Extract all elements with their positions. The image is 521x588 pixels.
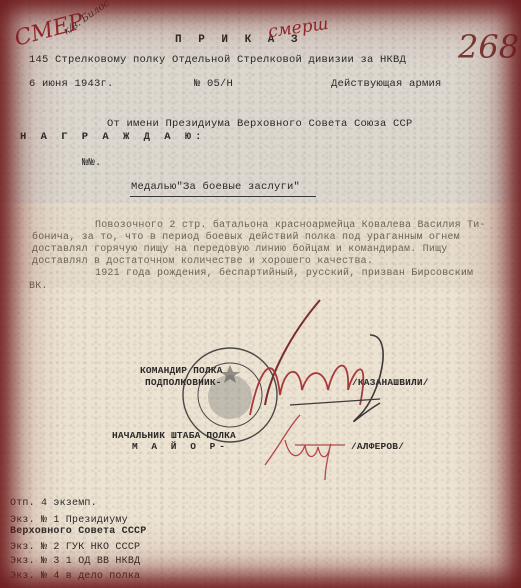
distribution-line-4: Экз. № 2 ГУК НКО СССР (10, 542, 140, 553)
distribution-line-6: Экз. № 4 в дело полка (10, 571, 140, 582)
distribution-line-3: Верховного Совета СССР (10, 526, 146, 537)
distribution-line-1: Отп. 4 экземп. (10, 498, 97, 509)
award-underline (130, 196, 316, 197)
document-scan: П Р И К А З 145 Стрелковому полку Отдель… (0, 0, 521, 588)
order-number: № 05/Н (194, 78, 233, 90)
award-name: Медалью"За боевые заслуги" (131, 181, 300, 193)
chief-of-staff-name: /АЛФЕРОВ/ (351, 441, 404, 452)
chief-of-staff-signature (255, 405, 355, 485)
commander-rank: ПОДПОЛКОВНИК- (145, 377, 222, 388)
citation-line-2: бонича, за то, что в период боевых дейст… (32, 232, 460, 243)
distribution-line-5: Экз. № 3 1 ОД ВВ НКВД (10, 556, 140, 567)
citation-line-5: 1921 года рождения, беспартийный, русски… (95, 268, 473, 279)
preamble: От имени Президиума Верховного Совета Со… (107, 118, 413, 130)
order-location: Действующая армия (331, 78, 442, 90)
chief-of-staff-title: НАЧАЛЬНИК ШТАБА ПОЛКА (112, 430, 236, 441)
citation-line-1: Повозочного 2 стр. батальона красноармей… (95, 220, 486, 231)
award-verb: Н А Г Р А Ж Д А Ю: (20, 131, 205, 143)
archive-number: 268 (458, 28, 519, 66)
commander-title: КОМАНДИР ПОЛКА (140, 365, 223, 376)
section-marker: №№. (82, 157, 102, 169)
order-date: 6 июня 1943г. (29, 78, 114, 90)
chief-of-staff-rank: М А Й О Р- (132, 441, 229, 452)
citation-line-4: доставлял в достаточном количестве и хор… (32, 256, 373, 267)
citation-line-6: ВК. (29, 281, 48, 292)
distribution-line-2: Экз. № 1 Президиуму (10, 515, 128, 526)
addressee: 145 Стрелковому полку Отдельной Стрелков… (29, 54, 406, 66)
citation-line-3: доставлял горячую пищу на передовую лини… (32, 244, 447, 255)
